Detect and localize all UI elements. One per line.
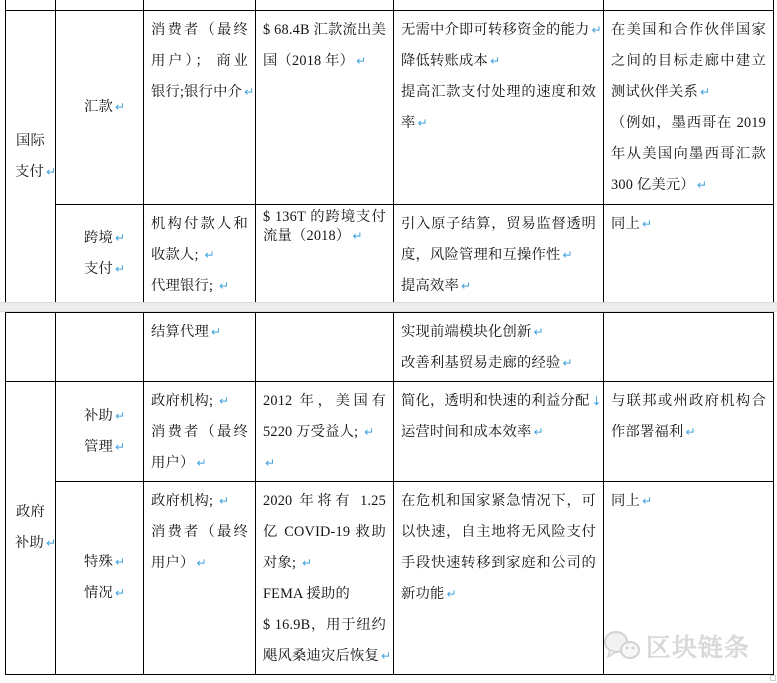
cell-notes-cross-border: 同上↵ — [604, 204, 774, 304]
cell-text: 补助 — [84, 408, 113, 424]
paragraph: 简化，透明和快速的利益分配↓ — [401, 386, 596, 417]
cell-text: 特殊 — [84, 554, 113, 570]
cell-text: 2020 年将有 1.25 亿 COVID-19 救助对象; — [263, 493, 386, 571]
return-mark-icon: ↵ — [695, 170, 697, 201]
paragraph: （例如，墨西哥在 2019 年从美国向墨西哥汇款 300 亿美元）↵ — [611, 108, 766, 201]
cell-empty — [256, 0, 394, 10]
return-mark-icon: ↵ — [44, 157, 46, 188]
cell-text: 简化，透明和快速的利益分配 — [401, 393, 589, 409]
paragraph: 提高效率↵ — [401, 271, 596, 302]
corner-box — [770, 675, 776, 681]
paragraph: 特殊↵ — [60, 547, 139, 578]
paragraph: 补助↵ — [60, 401, 139, 432]
table-row: 政府补助↵ 补助↵管理↵ 政府机构; ↵消费者（最终用户）↵ 2012 年，美国… — [6, 382, 774, 482]
cell-text: 代理银行; — [151, 278, 217, 294]
return-mark-icon: ↵ — [640, 486, 642, 517]
return-mark-icon: ↵ — [488, 46, 490, 77]
watermark-label: 区块链条 — [646, 628, 750, 664]
paragraph: 提高汇款支付处理的速度和效率↵ — [401, 77, 596, 139]
cell-empty — [6, 0, 56, 10]
paragraph: ↵ — [263, 448, 386, 479]
cell-benefits-remittance: 无需中介即可转移资金的能力↵降低转账成本↵提高汇款支付处理的速度和效率↵ — [394, 10, 604, 204]
paragraph: 机构付款人和收款人; ↵ — [151, 209, 248, 271]
cell-participants-cross-border: 机构付款人和收款人; ↵代理银行; ↵ — [144, 204, 256, 304]
return-mark-icon: ↵ — [113, 92, 115, 123]
paragraph: FEMA 援助的 — [263, 579, 386, 610]
paragraph: 情况↵ — [60, 578, 139, 609]
return-mark-icon: ↵ — [640, 209, 642, 240]
return-mark-icon: ↵ — [459, 271, 461, 302]
return-mark-icon: ↵ — [113, 432, 115, 463]
return-mark-icon: ↵ — [560, 348, 562, 379]
table-row: 国际支付↵ 汇款↵ 消费者（最终用户）； 商业银行;银行中介↵ $ 68.4B … — [6, 10, 774, 204]
paragraph: 消费者（最终用户）↵ — [151, 517, 248, 579]
cell-volume-special-situations: 2020 年将有 1.25 亿 COVID-19 救助对象; ↵FEMA 援助的… — [256, 482, 394, 675]
return-mark-icon: ↵ — [560, 240, 562, 271]
cell-text: （例如，墨西哥在 2019 年从美国向墨西哥汇款 300 亿美元） — [611, 115, 766, 193]
paragraph: 管理↵ — [60, 432, 139, 463]
cell-text: 机构付款人和收款人; — [151, 216, 248, 263]
paragraph: 2020 年将有 1.25 亿 COVID-19 救助对象; ↵ — [263, 486, 386, 579]
return-mark-icon: ↵ — [445, 579, 447, 610]
paragraph: 结算代理↵ — [151, 317, 248, 348]
cell-benefits-special-situations: 在危机和国家紧急情况下，可以快速，自主地将无风险支付手段快速转移到家庭和公司的新… — [394, 482, 604, 675]
return-mark-icon: ↵ — [350, 227, 352, 246]
cell-text: 情况 — [84, 585, 113, 601]
paragraph: 降低转账成本↵ — [401, 46, 596, 77]
cell-text: FEMA 援助的 — [263, 586, 350, 602]
paragraph: 改善利基贸易走廊的经验↵ — [401, 348, 596, 379]
cell-group-international-payments: 国际支付↵ — [6, 10, 56, 304]
cell-text: $ 68.4B 汇款流出美国（2018 年） — [263, 22, 386, 69]
cell-empty — [394, 0, 604, 10]
return-mark-icon: ↵ — [354, 46, 356, 77]
return-mark-icon: ↵ — [113, 547, 115, 578]
return-mark-icon: ↵ — [263, 448, 265, 479]
paragraph: 政府补助↵ — [10, 497, 51, 559]
cell-text: 同上 — [611, 493, 640, 509]
paragraph: $ 136T 的跨境支付流量（2018）↵ — [263, 208, 386, 246]
cell-category-empty — [56, 313, 144, 382]
document-page: 国际支付↵ 汇款↵ 消费者（最终用户）； 商业银行;银行中介↵ $ 68.4B … — [0, 0, 777, 683]
paragraph: 政府机构; ↵ — [151, 486, 248, 517]
table-row: 结算代理↵ 实现前端模块化创新↵改善利基贸易走廊的经验↵ — [6, 313, 774, 382]
cell-participants-subsidy-management: 政府机构; ↵消费者（最终用户）↵ — [144, 382, 256, 482]
cell-text: 消费者（最终用户）； 商业银行;银行中介 — [151, 22, 248, 100]
paragraph: 与联邦或州政府机构合作部署福利↵ — [611, 386, 766, 448]
return-mark-icon: ↵ — [217, 486, 219, 517]
cell-text: $ 16.9B，用于纽约飓风桑迪灾后恢复 — [263, 617, 386, 664]
cell-text: 实现前端模块化创新 — [401, 324, 531, 340]
paragraph: 政府机构; ↵ — [151, 386, 248, 417]
cell-notes-remittance: 在美国和合作伙伴国家之间的目标走廊中建立测试伙伴关系↵（例如，墨西哥在 2019… — [604, 10, 774, 204]
cell-text: 同上 — [611, 216, 640, 232]
return-mark-icon: ↵ — [113, 254, 115, 285]
paragraph: 支付↵ — [60, 254, 139, 285]
cell-text: 支付 — [84, 261, 113, 277]
cell-text: 运营时间和成本效率 — [401, 424, 531, 440]
paragraph: 在美国和合作伙伴国家之间的目标走廊中建立测试伙伴关系↵ — [611, 15, 766, 108]
cell-text: 政府机构; — [151, 393, 217, 409]
return-mark-icon: ↵ — [217, 386, 219, 417]
cell-text: $ 136T 的跨境支付流量（2018） — [263, 209, 386, 244]
return-mark-icon: ↵ — [531, 317, 533, 348]
cell-text: 提高汇款支付处理的速度和效率 — [401, 84, 596, 131]
paragraph: 2012 年，美国有 5220 万受益人; ↵ — [263, 386, 386, 448]
paragraph: 国际支付↵ — [10, 126, 51, 188]
cell-notes-empty — [604, 313, 774, 382]
government-subsidy-table: 结算代理↵ 实现前端模块化创新↵改善利基贸易走廊的经验↵ 政府补助↵ 补助↵管理… — [5, 312, 774, 675]
cell-text: 管理 — [84, 439, 113, 455]
international-payments-table: 国际支付↵ 汇款↵ 消费者（最终用户）； 商业银行;银行中介↵ $ 68.4B … — [5, 0, 774, 305]
cell-text: 政府补助 — [15, 504, 45, 551]
paragraph: $ 68.4B 汇款流出美国（2018 年）↵ — [263, 15, 386, 77]
cell-text: 降低转账成本 — [401, 53, 488, 69]
watermark: 区块链条 — [604, 626, 776, 666]
cell-participants-remittance: 消费者（最终用户）； 商业银行;银行中介↵ — [144, 10, 256, 204]
cell-text: 跨境 — [84, 230, 113, 246]
cell-volume-remittance: $ 68.4B 汇款流出美国（2018 年）↵ — [256, 10, 394, 204]
return-mark-icon: ↵ — [416, 108, 418, 139]
cell-text: 改善利基贸易走廊的经验 — [401, 355, 560, 371]
cell-text: 提高效率 — [401, 278, 459, 294]
cell-empty — [56, 0, 144, 10]
return-mark-icon: ↵ — [698, 77, 700, 108]
return-mark-icon: ↵ — [242, 77, 244, 108]
return-mark-icon: ↵ — [217, 271, 219, 302]
return-mark-icon: ↵ — [379, 641, 381, 672]
return-mark-icon: ↵ — [209, 317, 211, 348]
paragraph: 代理银行; ↵ — [151, 271, 248, 302]
paragraph: 实现前端模块化创新↵ — [401, 317, 596, 348]
cell-text: 结算代理 — [151, 324, 209, 340]
paragraph: 同上↵ — [611, 486, 766, 517]
paragraph: 汇款↵ — [60, 92, 139, 123]
cell-benefits-subsidy-management: 简化，透明和快速的利益分配↓运营时间和成本效率↵ — [394, 382, 604, 482]
cell-category-special-situations: 特殊↵情况↵ — [56, 482, 144, 675]
paragraph: 无需中介即可转移资金的能力↵ — [401, 15, 596, 46]
table-row — [6, 0, 774, 10]
cell-notes-subsidy-management: 与联邦或州政府机构合作部署福利↵ — [604, 382, 774, 482]
cell-volume-cross-border: $ 136T 的跨境支付流量（2018）↵ — [256, 204, 394, 304]
cell-volume-subsidy-management: 2012 年，美国有 5220 万受益人; ↵↵ — [256, 382, 394, 482]
return-mark-icon: ↵ — [589, 15, 591, 46]
brand-logo-icon — [604, 630, 640, 662]
return-mark-icon: ↵ — [300, 548, 302, 579]
cell-category-cross-border: 跨境↵支付↵ — [56, 204, 144, 304]
return-mark-icon: ↵ — [113, 401, 115, 432]
return-mark-icon: ↵ — [683, 417, 685, 448]
cell-group-empty — [6, 313, 56, 382]
cell-text: 国际支付 — [15, 133, 45, 180]
return-mark-icon: ↵ — [44, 528, 46, 559]
paragraph: 同上↵ — [611, 209, 766, 240]
cell-benefits-cross-border: 引入原子结算，贸易监督透明度，风险管理和互操作性↵提高效率↵ — [394, 204, 604, 304]
cell-benefits-settlement-agent: 实现前端模块化创新↵改善利基贸易走廊的经验↵ — [394, 313, 604, 382]
paragraph: 跨境↵ — [60, 223, 139, 254]
cell-text: 在危机和国家紧急情况下，可以快速，自主地将无风险支付手段快速转移到家庭和公司的新… — [401, 493, 596, 602]
cell-volume-empty — [256, 313, 394, 382]
cell-participants-settlement-agent: 结算代理↵ — [144, 313, 256, 382]
linebreak-mark-icon: ↓ — [589, 386, 591, 417]
return-mark-icon: ↵ — [531, 417, 533, 448]
table-row: 跨境↵支付↵ 机构付款人和收款人; ↵代理银行; ↵ $ 136T 的跨境支付流… — [6, 204, 774, 304]
return-mark-icon: ↵ — [195, 448, 197, 479]
cell-empty — [604, 0, 774, 10]
return-mark-icon: ↵ — [195, 548, 197, 579]
paragraph: 引入原子结算，贸易监督透明度，风险管理和互操作性↵ — [401, 209, 596, 271]
cell-group-government-subsidy: 政府补助↵ — [6, 382, 56, 675]
paragraph: 在危机和国家紧急情况下，可以快速，自主地将无风险支付手段快速转移到家庭和公司的新… — [401, 486, 596, 610]
cell-text: 无需中介即可转移资金的能力 — [401, 22, 589, 38]
return-mark-icon: ↵ — [202, 240, 204, 271]
cell-text: 汇款 — [84, 99, 113, 115]
cell-text: 在美国和合作伙伴国家之间的目标走廊中建立测试伙伴关系 — [611, 22, 766, 100]
cell-empty — [144, 0, 256, 10]
cell-category-subsidy-management: 补助↵管理↵ — [56, 382, 144, 482]
paragraph: 消费者（最终用户）； 商业银行;银行中介↵ — [151, 15, 248, 108]
cell-category-remittance: 汇款↵ — [56, 10, 144, 204]
return-mark-icon: ↵ — [113, 578, 115, 609]
return-mark-icon: ↵ — [113, 223, 115, 254]
cell-text: 政府机构; — [151, 493, 217, 509]
paragraph: 消费者（最终用户）↵ — [151, 417, 248, 479]
paragraph: 运营时间和成本效率↵ — [401, 417, 596, 448]
cell-participants-special-situations: 政府机构; ↵消费者（最终用户）↵ — [144, 482, 256, 675]
screenshot-gap-band — [0, 302, 777, 312]
paragraph: $ 16.9B，用于纽约飓风桑迪灾后恢复↵ — [263, 610, 386, 672]
return-mark-icon: ↵ — [362, 417, 364, 448]
